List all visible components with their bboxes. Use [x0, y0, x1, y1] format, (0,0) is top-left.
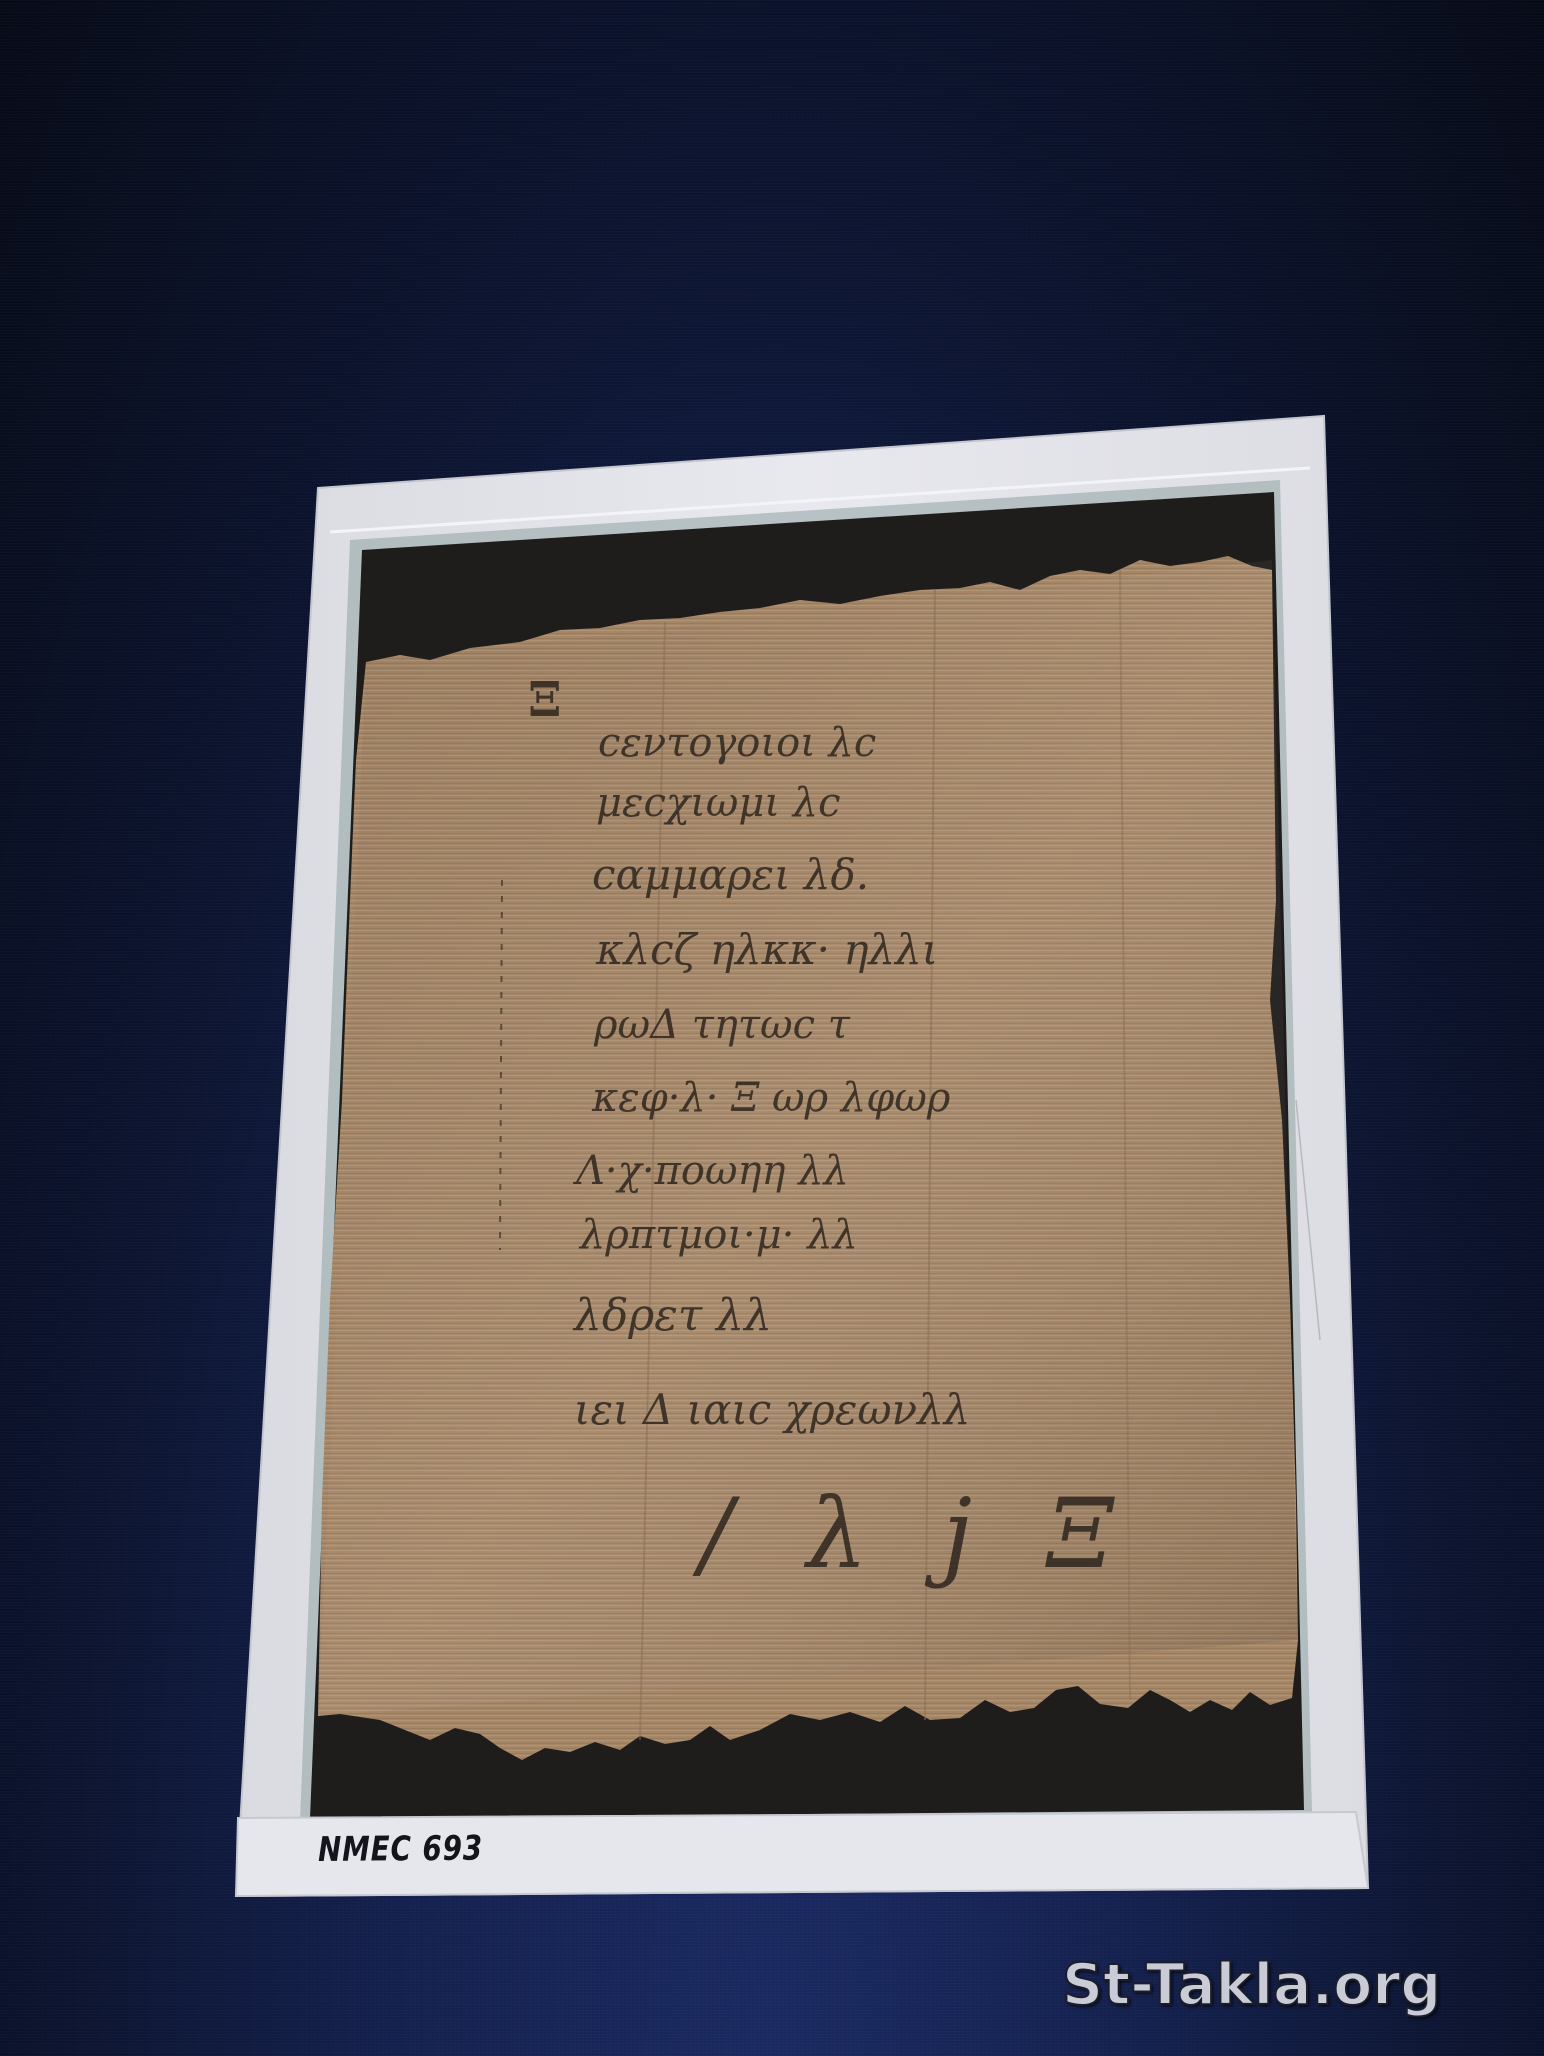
text-line-3: ϲαμμαρει λδ. [592, 850, 869, 899]
catalog-label: NMEC 693 [318, 1829, 483, 1870]
text-line-6: κεφ·λ· Ξ ωρ λφωρ [592, 1075, 950, 1121]
text-line-1: ϲεντογοιοι λϲ [598, 720, 876, 766]
text-line-9: λδρετ λλ [574, 1290, 772, 1341]
text-line-7: Λ·χ·ποωηη λλ [576, 1148, 849, 1194]
text-line-5: ρωΔ τητωϲ τ [594, 1002, 850, 1048]
signature: / λ ϳ Ξ [700, 1478, 1136, 1590]
text-line-10: ιει Δ ιαιϲ χρεωνλλ [574, 1385, 970, 1434]
text-line-4: κλϲζ ηλκκ· ηλλι [596, 925, 938, 974]
watermark: St-Takla.org [1062, 1952, 1441, 2018]
header-mark: Ξ [528, 672, 562, 728]
text-line-2: μεϲχιωμι λϲ [596, 780, 841, 826]
papyrus-text: Ξ ϲεντογοιοι λϲ μεϲχιωμι λϲ ϲαμμαρει λδ.… [0, 0, 1544, 2056]
text-line-8: λρπτμοι·μ· λλ [580, 1212, 858, 1258]
